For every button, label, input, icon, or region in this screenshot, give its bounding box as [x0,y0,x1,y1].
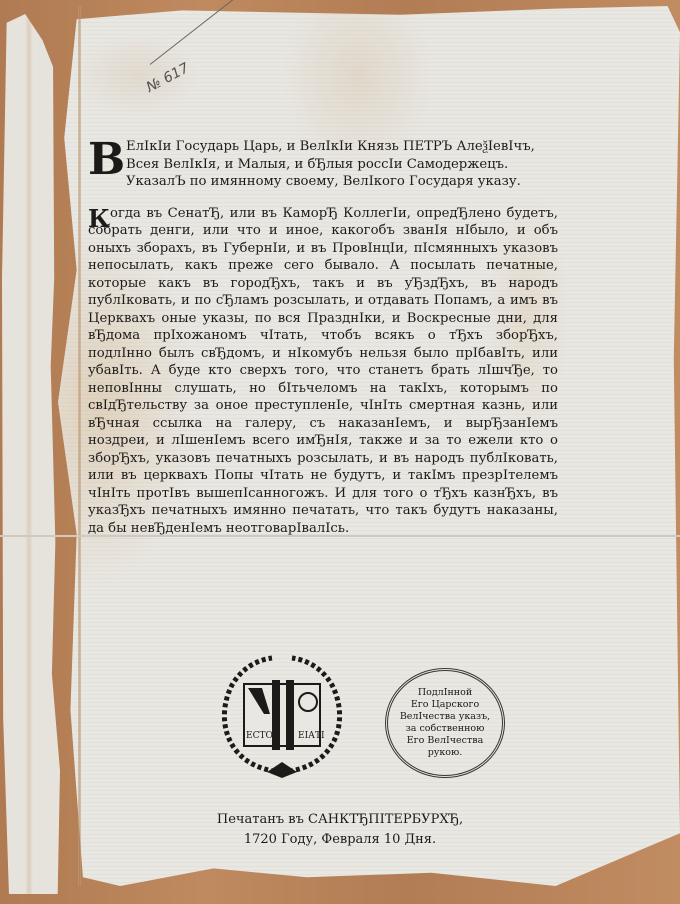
svg-text:ЕСТО: ЕСТО [246,731,273,741]
drop-cap-k: К [88,207,110,231]
imprint-place: Печатанъ въ САНКТЂПІТЕРБУРХЂ, [150,810,530,830]
torn-paper-strip [2,14,60,894]
laurel-emblem-icon: ЕСТО ЕІАТІ [212,650,352,780]
seal-line: ВелІчества указъ, [400,711,490,723]
printing-imprint: Печатанъ въ САНКТЂПІТЕРБУРХЂ, 1720 Году,… [150,810,530,850]
seal-line: рукою. [428,747,463,759]
heading-line-3: УказалЪ по имянному своему, ВелІкого Гос… [126,173,558,191]
authenticity-seal: ПодлІнной Его Царского ВелІчества указъ,… [385,668,505,778]
decree-text: В ЕлІкІи Государь Царь, и ВелІкІи Князь … [88,138,558,537]
svg-text:ЕІАТІ: ЕІАТІ [298,731,325,741]
decree-heading: В ЕлІкІи Государь Царь, и ВелІкІи Князь … [88,138,558,191]
seal-line: за собственною [406,723,485,735]
seal-line: Его Царского [411,699,479,711]
drop-cap-v: В [88,138,125,182]
body-paragraph: огда въ СенатЂ, или въ КаморЂ КоллегІи, … [88,205,558,538]
vertical-stain [78,6,81,886]
imprint-date: 1720 Году, Февраля 10 Дня. [150,830,530,850]
heading-line-1: ЕлІкІи Государь Царь, и ВелІкІи Князь ПЕ… [126,138,558,156]
seal-line: ПодлІнной [418,687,472,699]
decree-body: К огда въ СенатЂ, или въ КаморЂ КоллегІи… [88,205,558,538]
seal-line: Его ВелІчества [407,735,484,747]
heading-line-2: Всея ВелІкІя, и Малыя, и бЂлыя россІи Са… [126,156,558,174]
